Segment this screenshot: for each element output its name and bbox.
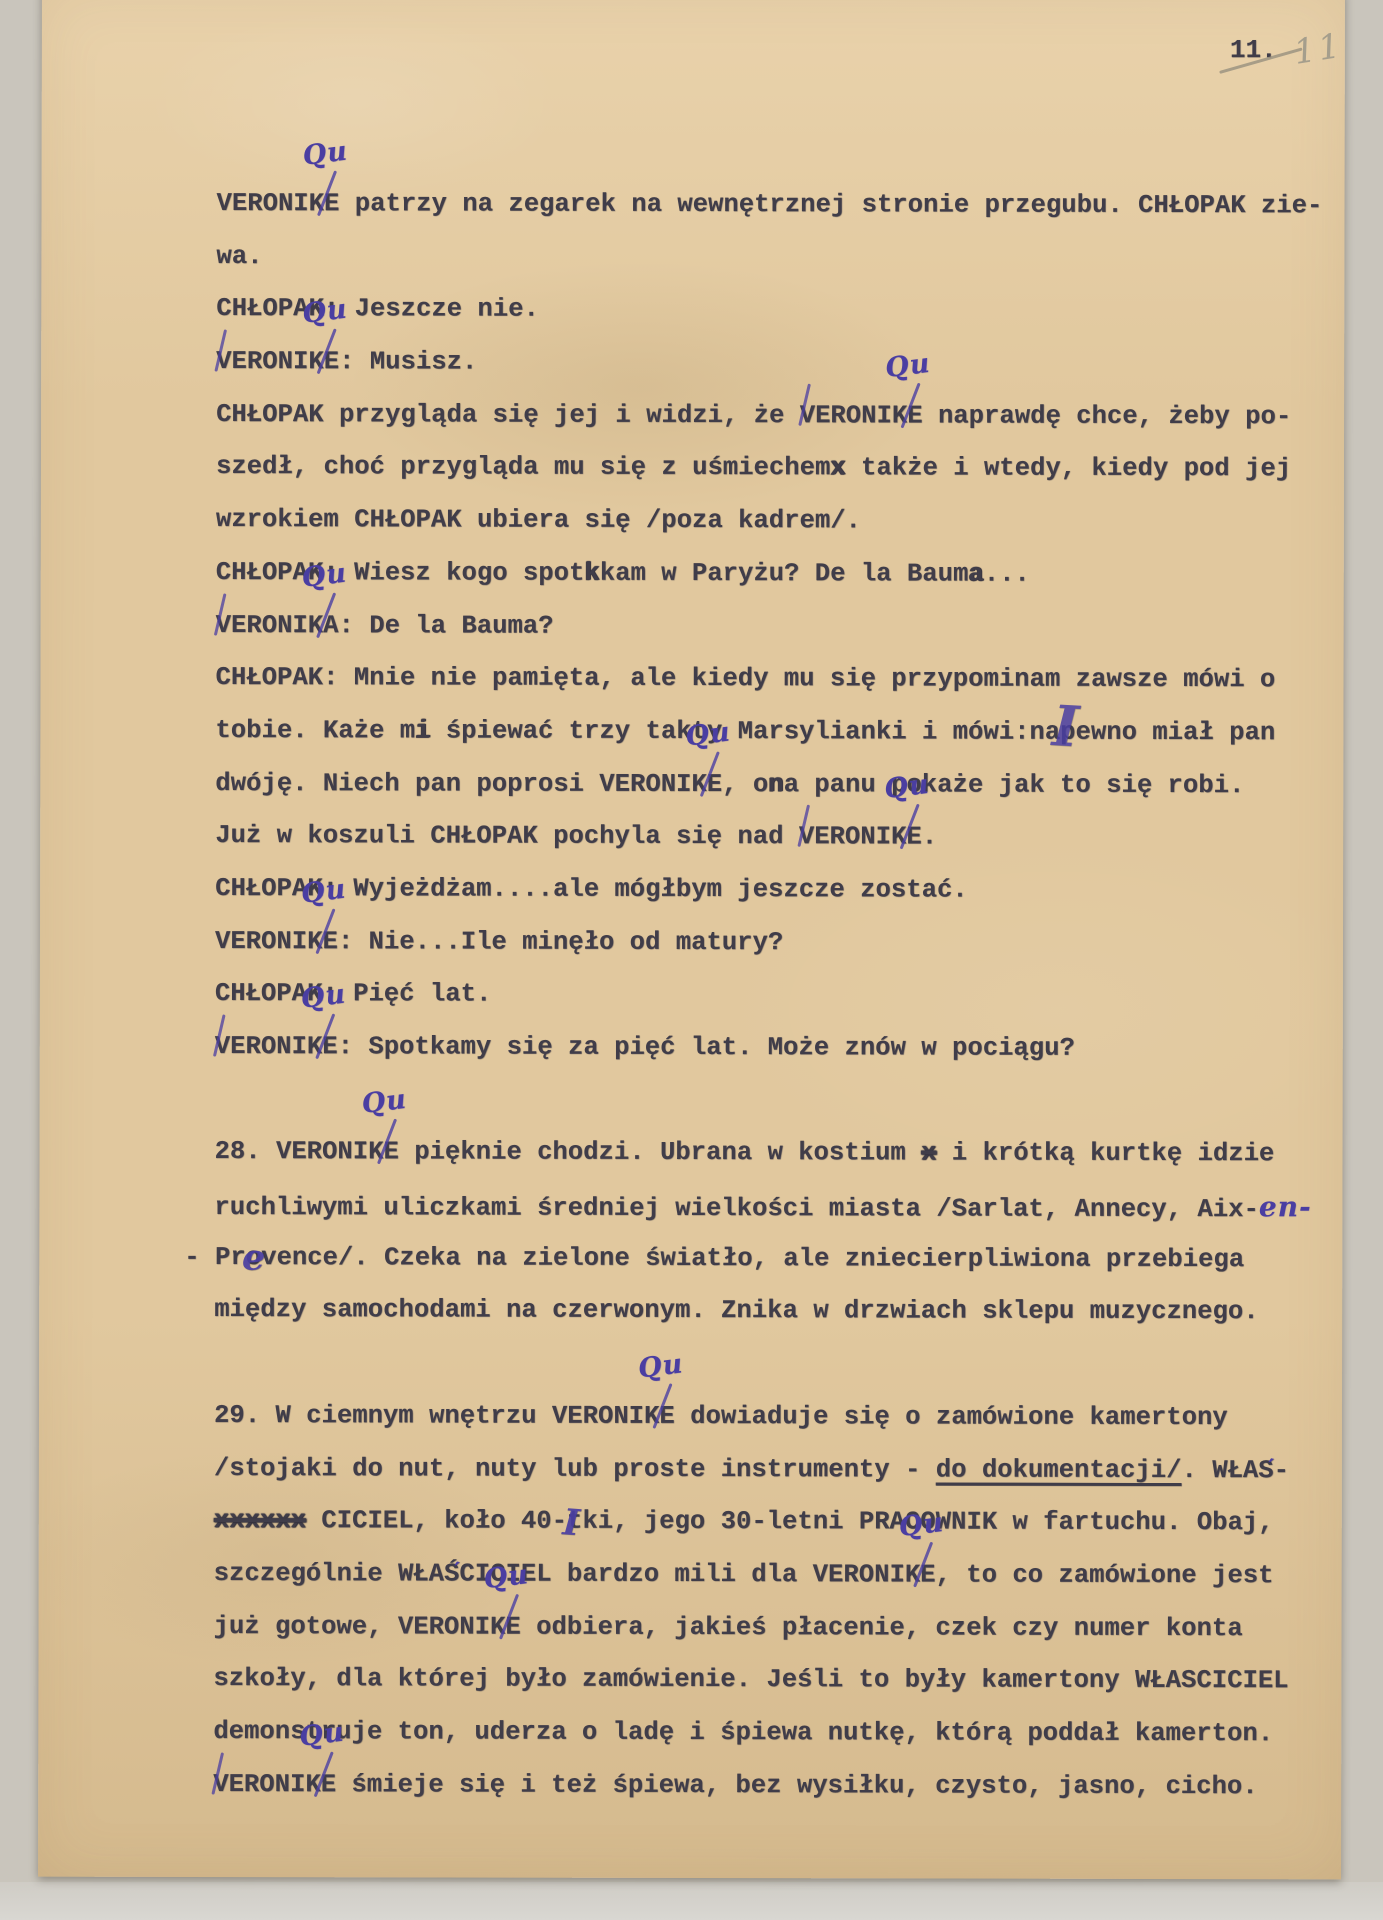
typed-text: i [415,716,430,745]
typed-text: do dokumentacji/ [936,1455,1182,1485]
character-name-veronike: VERONIKEQu [398,1601,521,1654]
handwritten-qu-annotation: Qu [360,1086,408,1118]
typed-text: S [1258,1456,1273,1485]
typed-text: odbiera, jakieś płacenie, czek czy numer… [521,1612,1243,1643]
typescript-line: CHŁOPAK przygląda się jej i widzi, że VE… [216,389,1351,444]
typescript-line: już gotowe, VERONIKEQu odbiera, jakieś p… [213,1601,1348,1656]
typescript-line: xxxxxx CICIEL, koło 40-tIki, jego 30-let… [214,1495,1349,1550]
typescript-line [214,1337,1349,1392]
typed-text: /stojaki do nut, nuty lub proste instrum… [214,1454,936,1485]
typescript-line: między samochodami na czerwonym. Znika w… [214,1284,1349,1339]
typed-text: x [830,454,845,483]
paper-sheet: 11. 11 VERONIKEQu patrzy na zegarek na w… [38,0,1345,1879]
handwritten-qu-annotation: Qu [636,1350,684,1382]
typed-text: CHŁOPAK: Pięć lat. [215,979,492,1009]
typed-text: CHŁOPAK: Jeszcze nie. [216,294,539,324]
handwritten-insertion: en- [1259,1190,1312,1223]
typescript-line: szkoły, dla której było zamówienie. Jeśl… [213,1653,1348,1708]
typescript-line: ruchliwymi uliczkami średniej wielkości … [214,1179,1349,1234]
typescript-line: 28. VERONIKEQu pięknie chodzi. Ubrana w … [214,1126,1349,1181]
typescript-line: VERONIKEQu: Spotkamy się za pięć lat. Mo… [215,1021,1350,1076]
pen-slash-mark [316,1013,336,1059]
typed-text: , o [722,770,768,799]
handwritten-qu-annotation: Qu [301,296,349,328]
typed-text: : De la Bauma? [338,611,553,640]
typed-text: naprawdę chce, żeby po- [923,401,1292,431]
typed-text: dwóję. Niech pan poprosi [215,769,599,799]
character-name-veronike: VERONIKEQu [599,758,722,811]
typed-text: wzrokiem CHŁOPAK ubiera się /poza kadrem… [216,505,861,535]
typed-text: śmieje się i też śpiewa, bez wysiłku, cz… [336,1770,1258,1801]
handwritten-qu-annotation: Qu [299,981,347,1013]
character-name-veronike: VERONIKEQu [216,336,339,389]
scanner-bed-strip [0,1882,1383,1920]
typed-text: , to co zamówione jest [936,1560,1274,1590]
character-name-veronike: VERONIKEQu [552,1391,675,1444]
typescript-line: CHŁOPAK: Jeszcze nie. [216,283,1351,338]
typescript-line: CHŁOPAK: Mnie nie pamięta, ale kiedy mu … [215,652,1350,707]
typed-text: n [768,770,783,799]
typed-text: 29. W ciemnym wnętrzu [214,1401,552,1431]
pen-slash-mark [317,170,337,216]
typed-text: szkoły, dla której było zamówienie. Jeśl… [213,1664,1288,1695]
typed-text: . WŁA [1181,1456,1258,1485]
typescript-lines: VERONIKEQu patrzy na zegarek na wewnętrz… [213,178,1351,1814]
typed-text: CICIEL, koło 40- [306,1506,567,1536]
character-name-veronike: VERONIKEQu [800,390,923,443]
typed-text: szedł, choć przygląda mu się z uśmiechem [216,452,830,482]
typed-text: - [1274,1456,1289,1485]
character-name-veronike: VERONIKEQu [213,1759,336,1812]
typescript-line: /stojaki do nut, nuty lub proste instrum… [214,1443,1349,1498]
handwritten-qu-annotation: Qu [301,138,349,170]
typed-text: pewno miał pan [1060,718,1275,747]
typescript-line: CHŁOPAK: Wyjeżdżam....ale mógłbym jeszcz… [215,863,1350,918]
typescript-line: - Proveence/. Czeka na zielone światło, … [214,1232,1349,1287]
character-name-veronike: VERONIKEQu [216,178,339,231]
handwritten-qu-annotation: Qu [684,718,732,750]
typescript-line: CHŁOPAK: Wiesz kogo spotkkam w Paryżu? D… [216,547,1351,602]
typed-text: demonstruje ton, uderza o ladę i śpiewa … [213,1717,1273,1748]
pen-slash-mark [316,908,336,954]
handwritten-qu-annotation: Qu [897,1509,945,1541]
typescript-line: 29. W ciemnym wnętrzu VERONIKEQu dowiadu… [214,1390,1349,1445]
typescript-line: CHŁOPAK: Pięć lat. [215,968,1350,1023]
typescript-line: wzrokiem CHŁOPAK ubiera się /poza kadrem… [216,494,1351,549]
pen-slash-mark [316,592,336,638]
character-name-veronike: VERONIKEQu [813,1549,936,1602]
handwritten-qu-annotation: Qu [883,771,931,803]
typed-text: CHŁOPAK przygląda się jej i widzi, że [216,400,800,430]
typed-text: 28. [215,1137,276,1166]
character-name-veronike: VERONIKEQu [215,916,338,969]
handwritten-page-number: 11 [1291,26,1346,73]
character-name-veronike: VERONIKEQu [215,1021,338,1074]
character-name-veronike: VERONIKEQu [799,811,922,864]
typed-text: : Spotkamy się za pięć lat. Może znów w … [338,1032,1075,1063]
handwritten-insert-mark: I [1051,698,1080,755]
handwritten-qu-annotation: Qu [884,350,932,382]
typescript-line: wa. [216,231,1351,286]
typescript-line: szczególnie WŁAŚCICIEL bardzo mili dla V… [214,1548,1349,1603]
typed-text: wa. [216,242,262,271]
typed-text: także i wtedy, kiedy pod jej [846,454,1291,484]
typed-text: tobie. Każe m [215,716,415,745]
typed-text: CHŁOPAK: Wiesz kogo spot [216,558,585,588]
typed-text: CHŁOPAK: Mnie nie pamięta, ale kiedy mu … [216,663,1276,694]
typed-text: śpiewać trzy takty Marsylianki i mówi:na [430,716,1060,746]
typed-text: patrzy na zegarek na wewnętrznej stronie… [339,189,1322,220]
scanned-page-background: 11. 11 VERONIKEQu patrzy na zegarek na w… [0,0,1383,1920]
handwritten-qu-annotation: Qu [299,875,347,907]
typed-text: i krótką kurtkę idzie [936,1139,1274,1169]
typescript-line: VERONIKEQu: Nie...Ile minęło od matury? [215,916,1350,971]
typed-text: : Musisz. [339,347,477,376]
typed-text: pięknie chodzi. Ubrana w kostium [399,1138,921,1168]
typescript-line: VERONIKAQu: De la Bauma? [216,600,1351,655]
typed-text: ... [984,559,1030,588]
typed-text: dowiaduje się o zamówione kamertony [675,1402,1228,1432]
handwritten-overwrite-char: I [561,1496,582,1550]
typed-text: . [922,823,937,852]
typed-text: Ś [444,1559,459,1588]
typed-text: między samochodami na czerwonym. Znika w… [214,1295,1258,1326]
typed-text: tI [567,1507,582,1536]
handwritten-qu-annotation: Qu [482,1561,530,1593]
typed-text: ee [276,1243,291,1272]
typescript-line: VERONIKEQu patrzy na zegarek na wewnętrz… [216,178,1351,233]
typed-text: kam w Paryżu? De la Baum [600,559,969,589]
typed-text: : Nie...Ile minęło od matury? [338,927,783,957]
character-name-veronike: VERONIKAQu [216,600,339,653]
typed-text: a panu pokaże jak to się robi. [784,770,1245,800]
typed-text: x [921,1139,936,1168]
typed-text: Już w koszuli CHŁOPAK pochyla się nad [215,821,799,851]
typescript-line: szedł, choć przygląda mu się z uśmiechem… [216,441,1351,496]
typed-text: k [584,559,599,588]
typed-text: xxxxxx [214,1506,306,1535]
typed-text: nce/. Czeka na zielone światło, ale znie… [292,1243,1244,1274]
typescript-line: dwóję. Niech pan poprosi VERONIKEQu, ona… [215,758,1350,813]
typed-text: a [968,559,983,588]
typescript-line: Już w koszuli CHŁOPAK pochyla się nad VE… [215,810,1350,865]
typed-text: ruchliwymi uliczkami średniej wielkości … [214,1193,1258,1224]
typed-text: już gotowe, [214,1612,398,1641]
typescript-line: VERONIKEQu śmieje się i też śpiewa, bez … [213,1759,1348,1814]
typescript-line: tobie. Każe mi śpiewać trzy takty Marsyl… [215,705,1350,760]
typescript-line: VERONIKEQu: Musisz. [216,336,1351,391]
typescript-line: demonstruje ton, uderza o ladę i śpiewa … [213,1706,1348,1761]
character-name-veronike: VERONIKEQu [276,1127,399,1180]
handwritten-qu-annotation: Qu [298,1718,346,1750]
typed-text: szczególnie WŁA [214,1559,444,1588]
handwritten-qu-annotation: Qu [300,559,348,591]
